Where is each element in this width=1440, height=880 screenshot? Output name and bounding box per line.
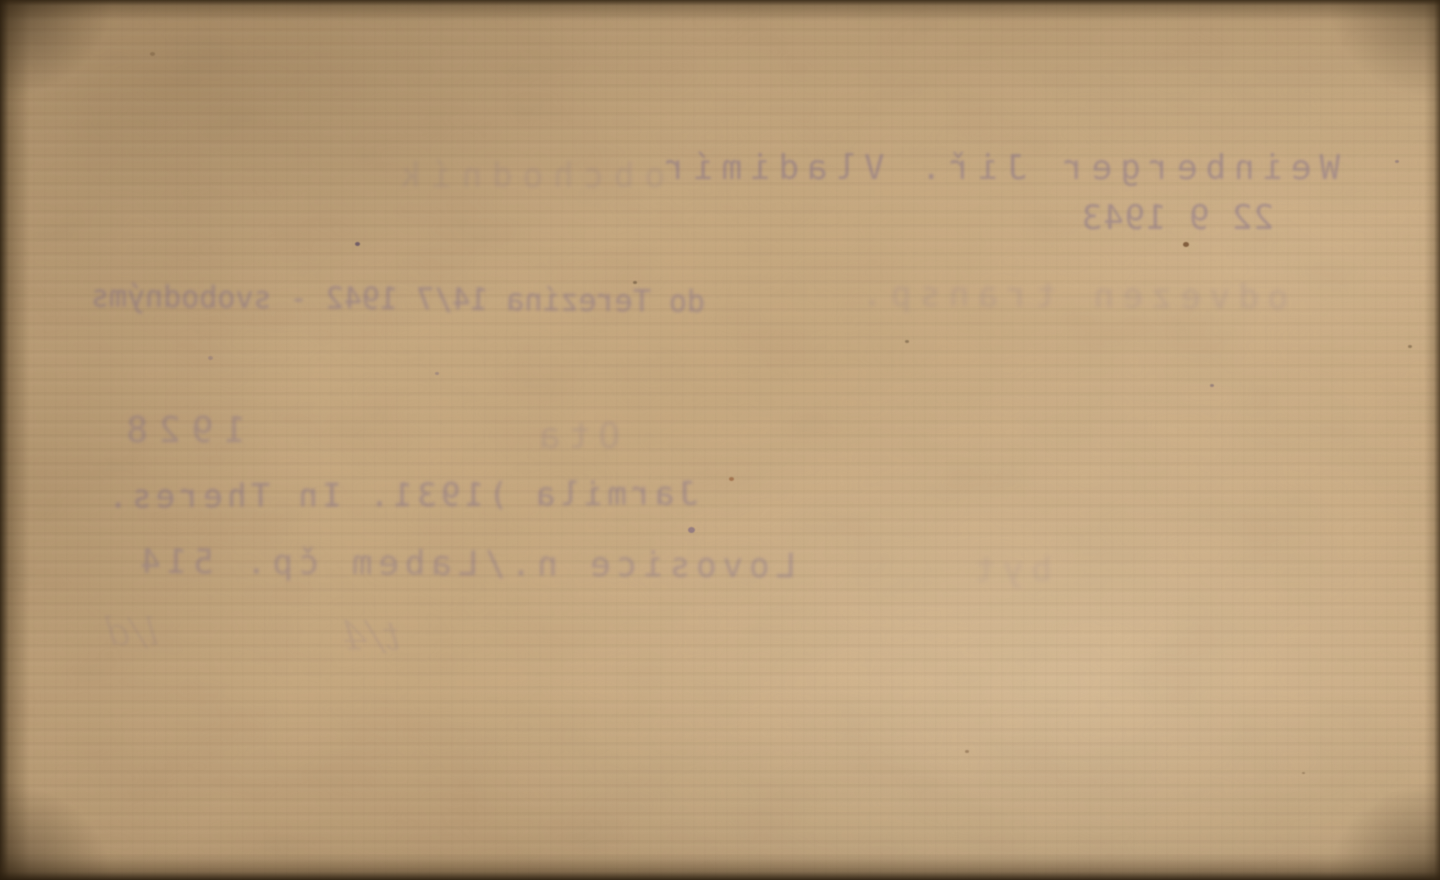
paper-speck bbox=[905, 340, 909, 343]
paper-speck bbox=[633, 281, 637, 284]
paper-speck bbox=[688, 527, 695, 533]
paper-speck bbox=[1395, 160, 1399, 163]
paper-speck bbox=[1210, 384, 1214, 387]
scan-edge-bottom bbox=[0, 854, 1440, 880]
paper-speck bbox=[729, 477, 734, 481]
paper-speck bbox=[355, 242, 360, 246]
paper-speck bbox=[965, 750, 969, 753]
scan-corner-top-right bbox=[1280, 0, 1440, 140]
scan-corner-bottom-left bbox=[0, 740, 160, 880]
specks-layer bbox=[0, 0, 1440, 880]
scan-edge-top bbox=[0, 0, 1440, 22]
paper-speck bbox=[1183, 242, 1189, 247]
paper-speck bbox=[435, 372, 439, 375]
paper-speck bbox=[1408, 345, 1412, 348]
scan-corner-bottom-right bbox=[1280, 740, 1440, 880]
scan-corner-top-left bbox=[0, 0, 160, 140]
paper-speck bbox=[208, 356, 213, 360]
document-scan: Weinberger Jiř. Vladimírobchodník22 9 19… bbox=[0, 0, 1440, 880]
